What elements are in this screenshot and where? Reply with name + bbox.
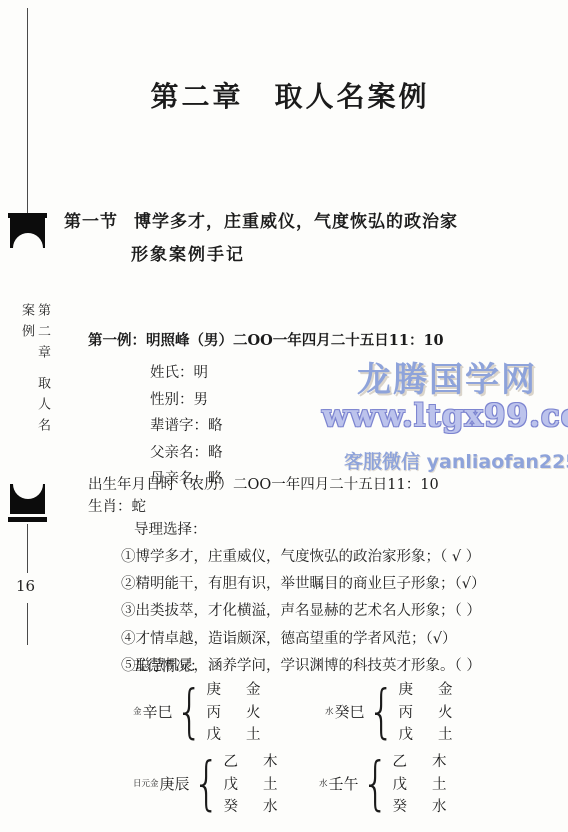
zodiac-line: 生肖：蛇	[88, 500, 146, 515]
sidebar-rule-top	[27, 8, 28, 214]
hidden-stems: 庚金 丙火 戊土	[206, 677, 260, 745]
bazi-group-year: 金 辛巳 { 庚金 丙火 戊土	[133, 676, 260, 746]
bazi-group-hour: 水 壬午 { 乙木 戊土 癸水	[319, 748, 446, 818]
ornament-arch-up	[10, 484, 45, 514]
detail-father-name: 父亲名：略	[150, 437, 223, 464]
stem: 戊	[206, 723, 221, 744]
chapter-ornament-bottom	[8, 484, 47, 522]
stem-element: 金	[438, 678, 453, 699]
stem-element: 金	[246, 678, 261, 699]
detail-surname: 姓氏：明	[150, 357, 223, 384]
chapter-ornament-top	[8, 213, 47, 254]
stem-row: 庚金	[206, 677, 260, 700]
stem-element: 土	[432, 773, 447, 794]
bazi-group-month: 水 癸巳 { 庚金 丙火 戊土	[325, 676, 452, 746]
section-number: 第一节	[64, 212, 118, 232]
pillar-name: 壬午	[329, 773, 359, 794]
stem-row: 戊土	[392, 772, 446, 795]
stem: 癸	[223, 795, 238, 816]
hidden-stems: 庚金 丙火 戊土	[398, 677, 452, 745]
brace-glyph: {	[361, 750, 389, 816]
ornament-bar	[8, 517, 47, 522]
stem-element: 木	[432, 750, 447, 771]
birth-date-line: 出生年月日时（农历）二OO一年四月二十五日11：10	[88, 478, 439, 493]
detail-gender: 性别：男	[150, 384, 223, 411]
stem-element: 水	[263, 795, 278, 816]
example-title: 第一例：明照峰（男）二OO一年四月二十五日11：10	[88, 334, 444, 349]
stem-row: 乙木	[392, 749, 446, 772]
stem-row: 癸水	[223, 794, 277, 817]
stem: 丙	[206, 701, 221, 722]
sidebar-rule-bottom	[27, 603, 28, 645]
stem-row: 丙火	[398, 700, 452, 723]
brace-glyph: {	[192, 750, 220, 816]
section-heading-line1: 第一节博学多才，庄重威仪，气度恢弘的政治家	[64, 212, 458, 232]
stem-row: 戊土	[206, 722, 260, 745]
ornament-notch	[13, 484, 43, 499]
element-label: 日元金	[133, 777, 159, 789]
stem-element: 木	[263, 750, 278, 771]
pillar-name: 庚辰	[160, 773, 190, 794]
sidebar-chapter-part1: 第二章	[35, 303, 50, 366]
watermark-site-name: 龙腾国学网	[357, 352, 537, 401]
stem-row: 戊土	[398, 722, 452, 745]
stem: 乙	[392, 750, 407, 771]
stem-element: 土	[263, 773, 278, 794]
stem: 庚	[206, 678, 221, 699]
chapter-title: 第二章 取人名案例	[60, 83, 520, 111]
stem: 戊	[398, 723, 413, 744]
sidebar-chapter-title: 第二章取人名案例	[18, 303, 50, 453]
stem-element: 土	[246, 723, 261, 744]
ornament-notch	[13, 233, 43, 248]
stem: 戊	[223, 773, 238, 794]
stem-element: 火	[438, 701, 453, 722]
option-4: ④才情卓越，造诣颇深，德高望重的学者风范；（√）	[121, 623, 486, 650]
stem: 丙	[398, 701, 413, 722]
option-2: ②精明能干，有胆有识，举世瞩目的商业巨子形象；（√）	[121, 568, 486, 595]
ornament-arch-down	[10, 218, 45, 248]
watermark-wechat: 客服微信 yanliaofan225	[344, 447, 568, 474]
stem-row: 乙木	[223, 749, 277, 772]
watermark-url: www.ltgx99.com	[322, 398, 568, 434]
hidden-stems: 乙木 戊土 癸水	[392, 749, 446, 817]
option-3: ③出类拔萃，才化横溢，声名显赫的艺术名人形象；（ ）	[121, 595, 486, 622]
element-label: 水	[325, 705, 334, 717]
image-option-list: ①博学多才，庄重威仪，气度恢弘的政治家形象；（ √ ） ②精明能干，有胆有识，举…	[121, 541, 486, 677]
stem-row: 癸水	[392, 794, 446, 817]
section-heading-line2: 形象案例手记	[131, 245, 245, 265]
stem-row: 丙火	[206, 700, 260, 723]
example-details: 姓氏：明 性别：男 辈谱字：略 父亲名：略 母亲名：略	[150, 357, 223, 490]
stem-element: 火	[246, 701, 261, 722]
five-elements-label: 五行情况：	[132, 660, 205, 675]
stem-row: 戊土	[223, 772, 277, 795]
stem-element: 土	[438, 723, 453, 744]
option-1: ①博学多才，庄重威仪，气度恢弘的政治家形象；（ √ ）	[121, 541, 486, 568]
stem: 乙	[223, 750, 238, 771]
stem-row: 庚金	[398, 677, 452, 700]
stem: 戊	[392, 773, 407, 794]
stem: 庚	[398, 678, 413, 699]
stem-element: 水	[432, 795, 447, 816]
brace-glyph: {	[367, 678, 395, 744]
bazi-group-day: 日元金 庚辰 { 乙木 戊土 癸水	[133, 748, 277, 818]
pillar-name: 辛巳	[143, 701, 173, 722]
section-text: 博学多才，庄重威仪，气度恢弘的政治家	[134, 212, 458, 232]
element-label: 水	[319, 777, 328, 789]
element-label: 金	[133, 705, 142, 717]
sidebar-rule-mid	[27, 524, 28, 573]
page-number: 16	[16, 577, 35, 595]
detail-generation-char: 辈谱字：略	[150, 410, 223, 437]
pillar-name: 癸巳	[335, 701, 365, 722]
hidden-stems: 乙木 戊土 癸水	[223, 749, 277, 817]
stem: 癸	[392, 795, 407, 816]
brace-glyph: {	[175, 678, 203, 744]
guide-choice-label: 导理选择：	[134, 523, 207, 538]
